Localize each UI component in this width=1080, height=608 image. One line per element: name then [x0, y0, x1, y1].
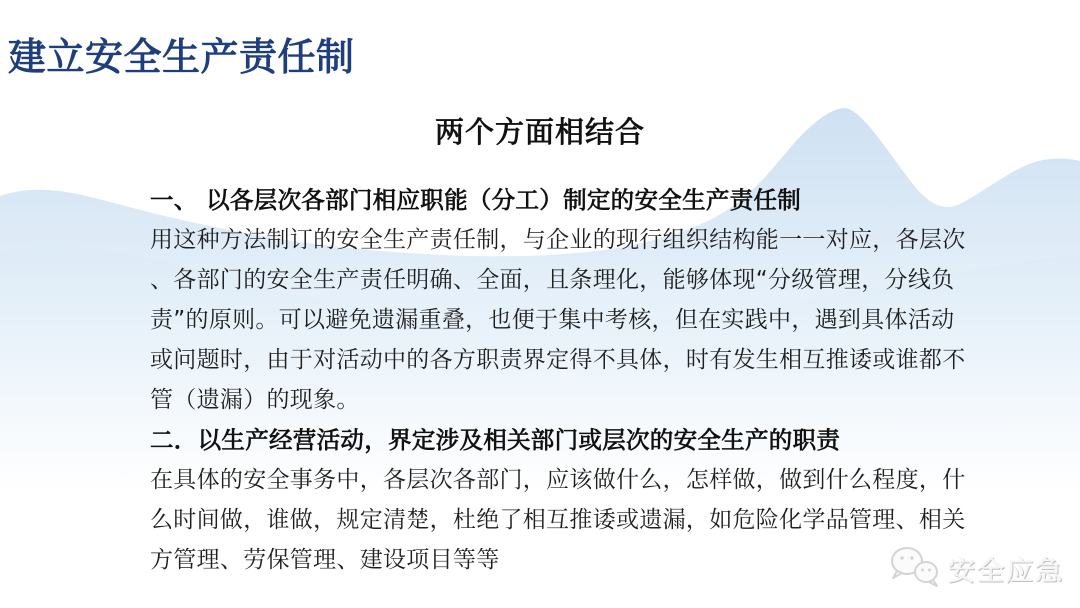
section-2-line: 么时间做，谁做，规定清楚，杜绝了相互推诿或遗漏，如危险化学品管理、相关: [150, 500, 974, 540]
section-2-line: 方管理、劳保管理、建设项目等等: [150, 540, 974, 580]
section-1-line: 、各部门的安全生产责任明确、全面，且条理化，能够体现“分级管理，分线负: [150, 260, 974, 300]
section-1-line: 管（遗漏）的现象。: [150, 380, 974, 420]
section-1-line: 责”的原则。可以避免遗漏重叠，也便于集中考核，但在实践中，遇到具体活动: [150, 300, 974, 340]
section-2-line: 在具体的安全事务中，各层次各部门，应该做什么，怎样做，做到什么程度，什: [150, 460, 974, 500]
slide-subtitle: 两个方面相结合: [0, 110, 1080, 151]
slide-body: 一、 以各层次各部门相应职能（分工）制定的安全生产责任制 用这种方法制订的安全生…: [150, 180, 974, 580]
section-1-line: 用这种方法制订的安全生产责任制，与企业的现行组织结构能一一对应，各层次: [150, 220, 974, 260]
section-1-line: 或问题时，由于对活动中的各方职责界定得不具体，时有发生相互推诿或谁都不: [150, 340, 974, 380]
slide-title: 建立安全生产责任制: [8, 26, 355, 81]
presentation-slide: 建立安全生产责任制 两个方面相结合 一、 以各层次各部门相应职能（分工）制定的安…: [0, 0, 1080, 608]
section-2-heading: 二．以生产经营活动，界定涉及相关部门或层次的安全生产的职责: [150, 420, 974, 460]
section-1-heading: 一、 以各层次各部门相应职能（分工）制定的安全生产责任制: [150, 180, 974, 220]
